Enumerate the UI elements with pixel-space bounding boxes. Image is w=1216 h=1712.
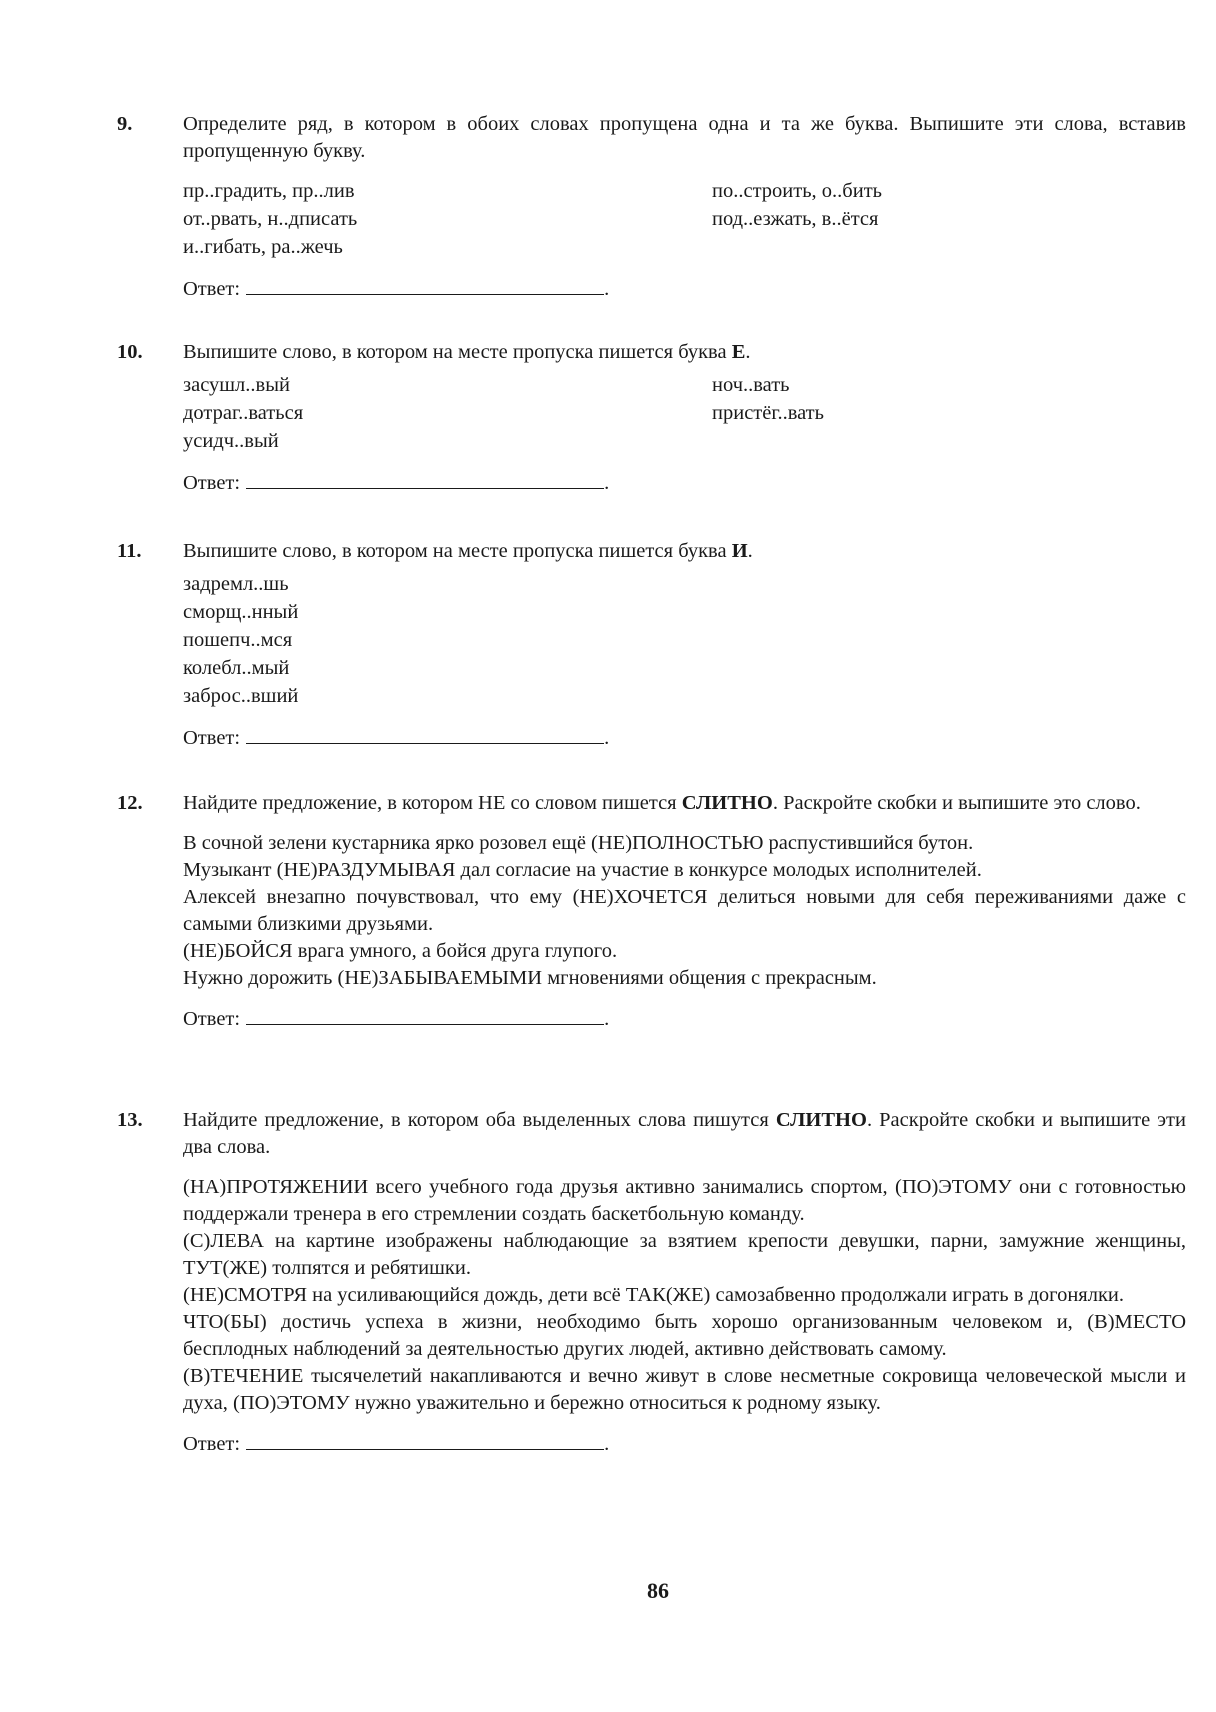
answer-label: Ответ: [183, 472, 240, 494]
sentence: Музыкант (НЕ)РАЗДУМЫВАЯ дал согласие на … [183, 857, 1186, 884]
option: заброс..вший [183, 683, 1186, 711]
sentence: (НЕ)БОЙСЯ врага умного, а бойся друга гл… [183, 938, 1186, 965]
sentence: (В)ТЕЧЕНИЕ тысячелетий накапливаются и в… [183, 1363, 1186, 1417]
option: от..рвать, н..дписать [183, 206, 357, 234]
sentence: В сочной зелени кустарника ярко розовел … [183, 830, 1186, 857]
task-number: 13. [117, 1107, 143, 1134]
option: сморщ..нный [183, 599, 1186, 627]
option: колебл..мый [183, 655, 1186, 683]
option: пр..градить, пр..лив [183, 178, 357, 206]
answer-line[interactable] [246, 274, 604, 295]
answer-line[interactable] [246, 1004, 604, 1025]
task-number: 11. [117, 538, 142, 565]
task-number: 10. [117, 339, 143, 366]
answer-line[interactable] [246, 1429, 604, 1450]
task-question: Найдите предложение, в котором оба выдел… [183, 1107, 1186, 1161]
sentence: Алексей внезапно почувствовал, что ему (… [183, 884, 1186, 938]
answer-field[interactable]: Ответ:. [183, 274, 1186, 303]
task-number: 12. [117, 790, 143, 817]
answer-field[interactable]: Ответ:. [183, 1429, 1186, 1458]
option: засушл..вый [183, 372, 303, 400]
sentence: (НЕ)СМОТРЯ на усиливающийся дождь, дети … [183, 1282, 1186, 1309]
task-question: Найдите предложение, в котором НЕ со сло… [183, 790, 1186, 817]
option: ноч..вать [712, 372, 824, 400]
option: дотраг..ваться [183, 400, 303, 428]
answer-line[interactable] [246, 723, 604, 744]
answer-label: Ответ: [183, 1008, 240, 1030]
answer-line[interactable] [246, 468, 604, 489]
task-question: Определите ряд, в котором в обоих словах… [183, 111, 1186, 165]
answer-field[interactable]: Ответ:. [183, 1004, 1186, 1033]
option: под..езжать, в..ётся [712, 206, 882, 234]
option: и..гибать, ра..жечь [183, 234, 357, 262]
option: пошепч..мся [183, 627, 1186, 655]
sentence: (НА)ПРОТЯЖЕНИИ всего учебного года друзь… [183, 1174, 1186, 1228]
sentence: (С)ЛЕВА на картине изображены наблюдающи… [183, 1228, 1186, 1282]
option: пристёг..вать [712, 400, 824, 428]
option: задремл..шь [183, 571, 1186, 599]
task-question: Выпишите слово, в котором на месте пропу… [183, 538, 1186, 565]
answer-label: Ответ: [183, 278, 240, 300]
option: усидч..вый [183, 428, 303, 456]
answer-label: Ответ: [183, 727, 240, 749]
sentence: ЧТО(БЫ) достичь успеха в жизни, необходи… [183, 1309, 1186, 1363]
answer-field[interactable]: Ответ:. [183, 723, 1186, 752]
task-number: 9. [117, 111, 132, 138]
sentence: Нужно дорожить (НЕ)ЗАБЫВАЕМЫМИ мгновения… [183, 965, 1186, 992]
answer-field[interactable]: Ответ:. [183, 468, 1186, 497]
task-question: Выпишите слово, в котором на месте пропу… [183, 339, 1186, 366]
option: по..строить, о..бить [712, 178, 882, 206]
page-number: 86 [0, 1577, 1216, 1604]
answer-label: Ответ: [183, 1433, 240, 1455]
